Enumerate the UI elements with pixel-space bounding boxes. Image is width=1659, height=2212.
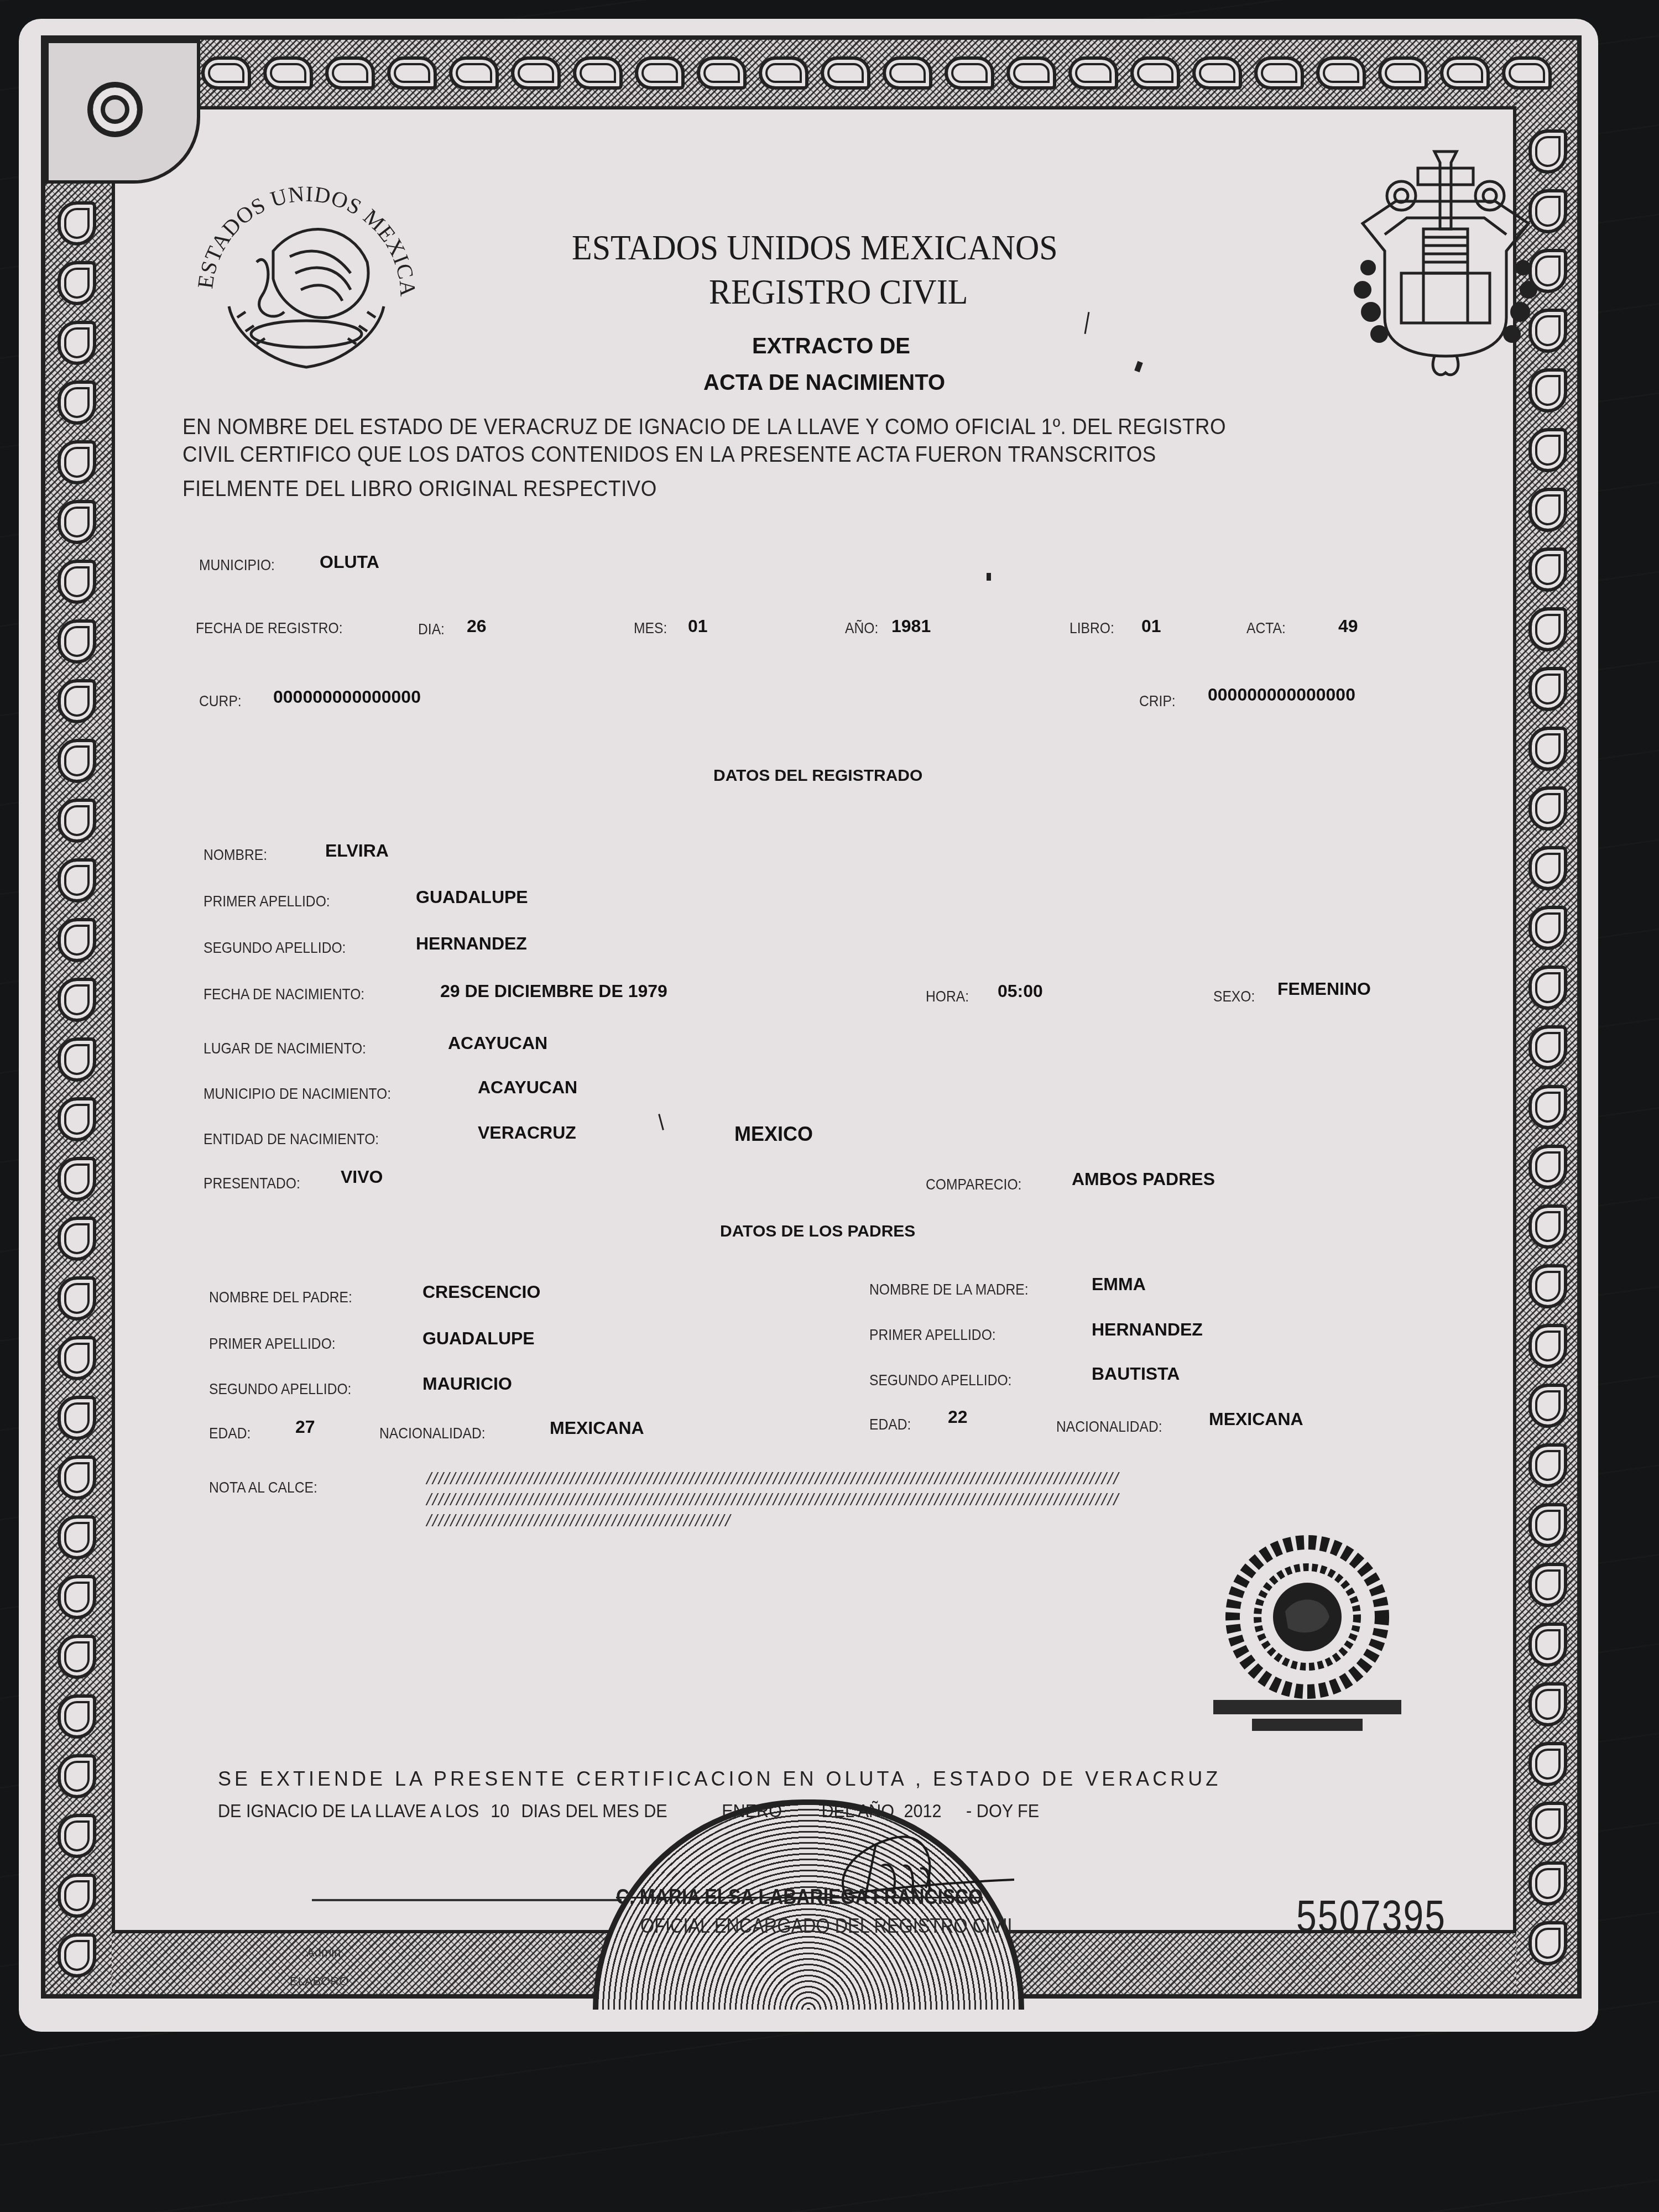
certificacion-anio-label: DEL AÑO [821, 1801, 894, 1822]
curp-label: CURP: [199, 692, 242, 710]
elaboro-user: Admin [306, 1945, 341, 1960]
primer-apellido-value: GUADALUPE [416, 887, 528, 907]
comparecio-label: COMPARECIO: [926, 1176, 1021, 1193]
madre-nacionalidad-value: MEXICANA [1209, 1409, 1303, 1430]
ink-speck [1084, 312, 1090, 334]
subtitle-birth-record: ACTA DE NACIMIENTO [703, 371, 945, 395]
pais-value: MEXICO [734, 1123, 813, 1146]
nombre-label: NOMBRE: [204, 846, 267, 864]
oficial-nombre: C. MARIA ELSA LABARIEGA FRANCISCO [616, 1886, 983, 1910]
intro-line-2: CIVIL CERTIFICO QUE LOS DATOS CONTENIDOS… [182, 442, 1156, 467]
hora-value: 05:00 [998, 981, 1043, 1001]
fecha-registro-label: FECHA DE REGISTRO: [196, 619, 343, 637]
comparecio-value: AMBOS PADRES [1072, 1169, 1215, 1190]
mes-label: MES: [634, 619, 667, 637]
padre-nombre-label: NOMBRE DEL PADRE: [209, 1288, 352, 1306]
padre-edad-value: 27 [295, 1417, 315, 1437]
elaboro-label: ELABORO [290, 1974, 348, 1989]
padre-edad-label: EDAD: [209, 1425, 251, 1442]
anio-value: 1981 [891, 616, 931, 637]
fecha-nacimiento-value: 29 DE DICIEMBRE DE 1979 [440, 981, 667, 1001]
crip-label: CRIP: [1139, 692, 1176, 710]
seal-arc-text: ESTADOS UNIDOS MEXICANOS [190, 168, 421, 298]
lugar-nacimiento-label: LUGAR DE NACIMIENTO: [204, 1040, 366, 1057]
nota-calce-label: NOTA AL CALCE: [209, 1479, 317, 1496]
certificacion-dia: 10 [491, 1801, 509, 1822]
municipio-nacimiento-value: ACAYUCAN [478, 1077, 577, 1098]
certificacion-line-2: DE IGNACIO DE LA LLAVE A LOS 10 DIAS DEL… [218, 1801, 1039, 1822]
dia-value: 26 [467, 616, 487, 637]
subtitle-extract: EXTRACTO DE [752, 334, 910, 359]
certificacion-mes: ENERO [722, 1801, 782, 1822]
sexo-label: SEXO: [1213, 988, 1255, 1005]
mexican-coat-of-arms-icon: ESTADOS UNIDOS MEXICANOS [190, 168, 422, 384]
certificacion-anio: 2012 [904, 1801, 942, 1822]
veracruz-coat-of-arms-icon [1346, 140, 1545, 384]
entidad-nacimiento-value: VERACRUZ [478, 1123, 576, 1143]
madre-segundo-apellido-value: BAUTISTA [1092, 1364, 1180, 1384]
padre-nombre-value: CRESCENCIO [422, 1282, 540, 1302]
nota-calce-fill-line-1: ////////////////////////////////////////… [425, 1471, 1118, 1490]
crip-value: 000000000000000 [1208, 685, 1355, 705]
lugar-nacimiento-value: ACAYUCAN [448, 1033, 547, 1053]
padre-segundo-apellido-label: SEGUNDO APELLIDO: [209, 1380, 351, 1398]
presentado-label: PRESENTADO: [204, 1175, 300, 1192]
madre-nacionalidad-label: NACIONALIDAD: [1056, 1418, 1162, 1436]
municipio-nacimiento-label: MUNICIPIO DE NACIMIENTO: [204, 1085, 391, 1103]
madre-segundo-apellido-label: SEGUNDO APELLIDO: [869, 1371, 1011, 1389]
entidad-nacimiento-label: ENTIDAD DE NACIMIENTO: [204, 1130, 379, 1148]
hora-label: HORA: [926, 988, 969, 1005]
certificacion-prefix: DE IGNACIO DE LA LLAVE A LOS [218, 1801, 479, 1822]
padre-nacionalidad-value: MEXICANA [550, 1418, 644, 1438]
nota-calce-fill-line-2: ////////////////////////////////////////… [425, 1492, 1118, 1511]
sexo-value: FEMENINO [1277, 979, 1371, 999]
certificacion-suffix: - DOY FE [966, 1801, 1039, 1822]
mes-value: 01 [688, 616, 708, 637]
title-country: ESTADOS UNIDOS MEXICANOS [572, 228, 1058, 268]
municipio-value: OLUTA [320, 552, 379, 572]
presentado-value: VIVO [341, 1167, 383, 1187]
padre-primer-apellido-label: PRIMER APELLIDO: [209, 1335, 336, 1353]
madre-primer-apellido-value: HERNANDEZ [1092, 1319, 1203, 1340]
oficial-cargo: OFICIAL ENCARGADO DEL REGISTRO CIVIL [640, 1914, 1018, 1938]
municipio-label: MUNICIPIO: [199, 556, 275, 574]
signature-line [312, 1899, 622, 1901]
padre-nacionalidad-label: NACIONALIDAD: [379, 1425, 486, 1442]
intro-line-3: FIELMENTE DEL LIBRO ORIGINAL RESPECTIVO [182, 477, 657, 502]
serial-number: 5507395 [1296, 1890, 1446, 1940]
svg-text:ESTADOS UNIDOS MEXICANOS: ESTADOS UNIDOS MEXICANOS [190, 168, 421, 298]
certificacion-line-1: SE EXTIENDE LA PRESENTE CERTIFICACION EN… [218, 1767, 1221, 1791]
madre-edad-value: 22 [948, 1407, 968, 1427]
anio-label: AÑO: [845, 619, 878, 637]
nombre-value: ELVIRA [325, 841, 389, 861]
section-padres-title: DATOS DE LOS PADRES [720, 1222, 915, 1241]
official-ink-stamp-icon [1180, 1534, 1434, 1739]
nota-calce-fill-line-3: ////////////////////////////////////////… [425, 1513, 729, 1532]
section-registrado-title: DATOS DEL REGISTRADO [713, 766, 922, 785]
libro-label: LIBRO: [1070, 619, 1114, 637]
intro-line-1: EN NOMBRE DEL ESTADO DE VERACRUZ DE IGNA… [182, 415, 1226, 440]
primer-apellido-label: PRIMER APELLIDO: [204, 893, 330, 910]
birth-certificate-paper: ESTADOS UNIDOS MEXICANOS [19, 19, 1598, 2032]
ink-speck [658, 1114, 664, 1130]
madre-nombre-value: EMMA [1092, 1274, 1146, 1295]
libro-value: 01 [1141, 616, 1161, 637]
ink-speck [987, 573, 991, 581]
madre-edad-label: EDAD: [869, 1416, 911, 1433]
segundo-apellido-value: HERNANDEZ [416, 933, 527, 954]
acta-label: ACTA: [1246, 619, 1286, 637]
fecha-nacimiento-label: FECHA DE NACIMIENTO: [204, 985, 364, 1003]
dia-label: DIA: [418, 620, 445, 638]
certificacion-mid: DIAS DEL MES DE [521, 1801, 667, 1822]
title-registry: REGISTRO CIVIL [709, 272, 968, 312]
padre-primer-apellido-value: GUADALUPE [422, 1328, 535, 1349]
curp-value: 000000000000000 [273, 687, 421, 707]
segundo-apellido-label: SEGUNDO APELLIDO: [204, 939, 346, 957]
padre-segundo-apellido-value: MAURICIO [422, 1374, 512, 1394]
madre-primer-apellido-label: PRIMER APELLIDO: [869, 1326, 996, 1344]
madre-nombre-label: NOMBRE DE LA MADRE: [869, 1281, 1029, 1298]
ink-speck [1134, 361, 1143, 372]
acta-value: 49 [1338, 616, 1358, 637]
